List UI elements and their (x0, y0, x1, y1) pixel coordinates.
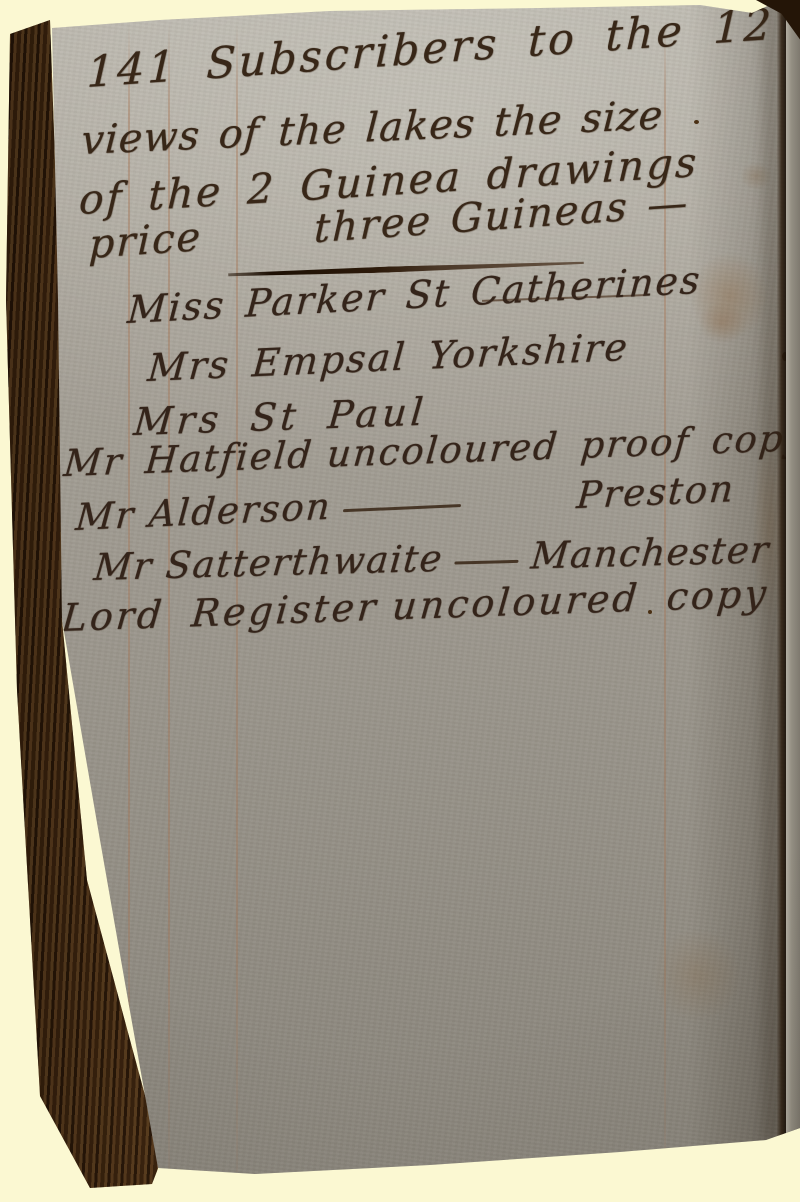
photo-background: 141 Subscribers to the 12 views of the l… (0, 0, 800, 1202)
